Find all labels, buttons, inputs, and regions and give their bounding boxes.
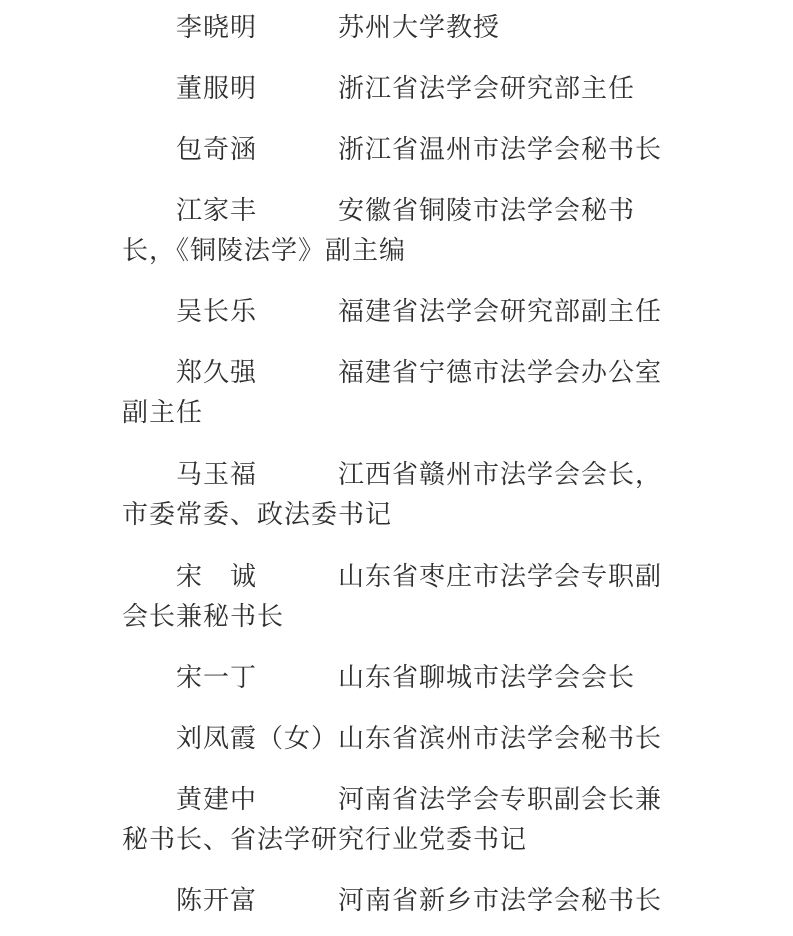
member-line: 刘凤霞（女） 山东省滨州市法学会秘书长 xyxy=(122,719,682,759)
member-name: 董服明 xyxy=(176,69,257,109)
member-line: 董服明 浙江省法学会研究部主任 xyxy=(122,69,682,109)
member-entry: 李晓明 苏州大学教授 xyxy=(122,8,682,48)
member-name: 吴长乐 xyxy=(176,292,257,332)
member-title: 山东省滨州市法学会秘书长 xyxy=(338,719,662,759)
member-title: 山东省枣庄市法学会专职副 xyxy=(338,557,662,597)
member-name: 黄建中 xyxy=(176,780,257,820)
member-entry: 吴长乐 福建省法学会研究部副主任 xyxy=(122,292,682,332)
member-line: 黄建中 河南省法学会专职副会长兼 xyxy=(122,780,682,820)
member-title: 福建省法学会研究部副主任 xyxy=(338,292,662,332)
member-name: 刘凤霞（女） xyxy=(176,719,338,759)
member-line: 包奇涵 浙江省温州市法学会秘书长 xyxy=(122,130,682,170)
member-name: 郑久强 xyxy=(176,353,257,393)
member-name: 李晓明 xyxy=(176,8,257,48)
member-name: 包奇涵 xyxy=(176,130,257,170)
member-title: 山东省聊城市法学会会长 xyxy=(338,658,635,698)
member-entry: 刘凤霞（女） 山东省滨州市法学会秘书长 xyxy=(122,719,682,759)
member-title: 河南省新乡市法学会秘书长 xyxy=(338,881,662,921)
member-line: 宋 诚 山东省枣庄市法学会专职副 xyxy=(122,557,682,597)
member-title-continuation: 长，《铜陵法学》副主编 xyxy=(122,231,682,271)
member-title-continuation: 秘书长、省法学研究行业党委书记 xyxy=(122,820,682,860)
member-line: 吴长乐 福建省法学会研究部副主任 xyxy=(122,292,682,332)
member-name: 江家丰 xyxy=(176,191,257,231)
member-entry: 宋 诚 山东省枣庄市法学会专职副 会长兼秘书长 xyxy=(122,557,682,637)
member-entry: 郑久强 福建省宁德市法学会办公室 副主任 xyxy=(122,353,682,433)
member-entry: 江家丰 安徽省铜陵市法学会秘书 长，《铜陵法学》副主编 xyxy=(122,191,682,271)
member-name: 陈开富 xyxy=(176,881,257,921)
member-entry: 董服明 浙江省法学会研究部主任 xyxy=(122,69,682,109)
member-title: 苏州大学教授 xyxy=(338,8,500,48)
member-title: 河南省法学会专职副会长兼 xyxy=(338,780,662,820)
member-line: 宋一丁 山东省聊城市法学会会长 xyxy=(122,658,682,698)
member-name: 宋一丁 xyxy=(176,658,257,698)
member-title: 浙江省温州市法学会秘书长 xyxy=(338,130,662,170)
member-title: 江西省赣州市法学会会长， xyxy=(338,455,662,495)
member-title-continuation: 副主任 xyxy=(122,393,682,433)
member-title: 浙江省法学会研究部主任 xyxy=(338,69,635,109)
member-line: 陈开富 河南省新乡市法学会秘书长 xyxy=(122,881,682,921)
member-entry: 陈开富 河南省新乡市法学会秘书长 xyxy=(122,881,682,921)
member-line: 郑久强 福建省宁德市法学会办公室 xyxy=(122,353,682,393)
member-entry: 宋一丁 山东省聊城市法学会会长 xyxy=(122,658,682,698)
member-entry: 马玉福 江西省赣州市法学会会长， 市委常委、政法委书记 xyxy=(122,455,682,535)
member-title: 安徽省铜陵市法学会秘书 xyxy=(338,191,635,231)
member-line: 江家丰 安徽省铜陵市法学会秘书 xyxy=(122,191,682,231)
member-title-continuation: 会长兼秘书长 xyxy=(122,597,682,637)
member-name: 宋 诚 xyxy=(176,557,257,597)
member-line: 李晓明 苏州大学教授 xyxy=(122,8,682,48)
member-title: 福建省宁德市法学会办公室 xyxy=(338,353,662,393)
member-entry: 黄建中 河南省法学会专职副会长兼 秘书长、省法学研究行业党委书记 xyxy=(122,780,682,860)
member-entry: 包奇涵 浙江省温州市法学会秘书长 xyxy=(122,130,682,170)
member-name: 马玉福 xyxy=(176,455,257,495)
member-line: 马玉福 江西省赣州市法学会会长， xyxy=(122,455,682,495)
member-title-continuation: 市委常委、政法委书记 xyxy=(122,495,682,535)
